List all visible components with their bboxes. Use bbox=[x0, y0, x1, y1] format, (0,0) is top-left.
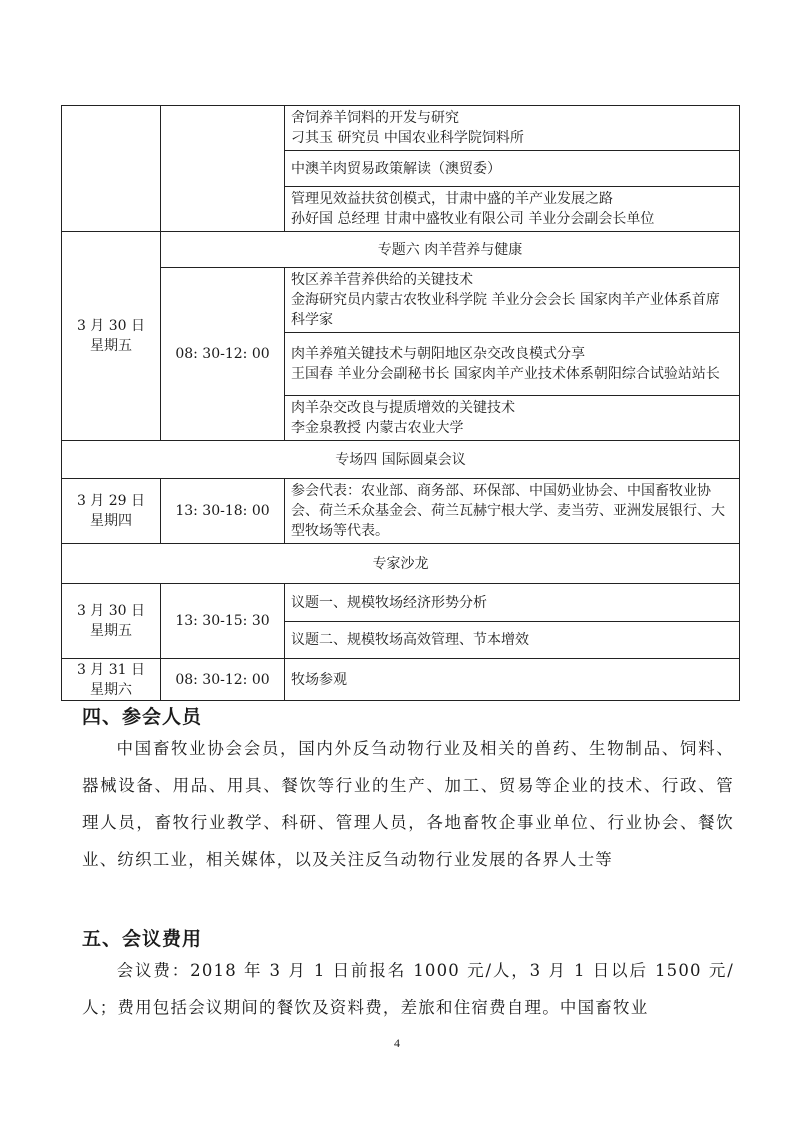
table-row: 专家沙龙 bbox=[62, 544, 740, 584]
agenda-item: 管理见效益扶贫创模式，甘肃中盛的羊产业发展之路 孙好国 总经理 甘肃中盛牧业有限… bbox=[285, 187, 740, 232]
table-row: 3 月 29 日 星期四 13: 30-18: 00 参会代表：农业部、商务部、… bbox=[62, 479, 740, 544]
table-row: 3 月 30 日 星期五 13: 30-15: 30 议题一、规模牧场经济形势分… bbox=[62, 584, 740, 622]
date-cell bbox=[62, 106, 161, 232]
agenda-speaker: 孙好国 总经理 甘肃中盛牧业有限公司 羊业分会副会长单位 bbox=[291, 209, 733, 229]
section-heading-attendees: 四、参会人员 bbox=[82, 702, 202, 729]
date: 3 月 30 日 bbox=[68, 316, 154, 336]
weekday: 星期五 bbox=[68, 621, 154, 641]
agenda-item: 议题二、规模牧场高效管理、节本增效 bbox=[285, 622, 740, 659]
date: 3 月 29 日 bbox=[68, 491, 154, 511]
agenda-item: 参会代表：农业部、商务部、环保部、中国奶业协会、中国畜牧业协会、荷兰禾众基金会、… bbox=[285, 479, 740, 544]
agenda-speaker: 金海研究员内蒙古农牧业科学院 羊业分会会长 国家肉羊产业体系首席科学家 bbox=[291, 290, 733, 330]
agenda-item: 舍饲养羊饲料的开发与研究 刁其玉 研究员 中国农业科学院饲料所 bbox=[285, 106, 740, 151]
table-row: 舍饲养羊饲料的开发与研究 刁其玉 研究员 中国农业科学院饲料所 bbox=[62, 106, 740, 151]
table-row: 专场四 国际圆桌会议 bbox=[62, 441, 740, 479]
agenda-item: 议题一、规模牧场经济形势分析 bbox=[285, 584, 740, 622]
agenda-item: 肉羊养殖关键技术与朝阳地区杂交改良模式分享 王国春 羊业分会副秘书长 国家肉羊产… bbox=[285, 333, 740, 396]
date-cell: 3 月 31 日 星期六 bbox=[62, 659, 161, 701]
agenda-item: 牧区养羊营养供给的关键技术 金海研究员内蒙古农牧业科学院 羊业分会会长 国家肉羊… bbox=[285, 268, 740, 333]
agenda-title: 管理见效益扶贫创模式，甘肃中盛的羊产业发展之路 bbox=[291, 189, 733, 209]
session-header: 专场四 国际圆桌会议 bbox=[62, 441, 740, 479]
time-cell: 13: 30-18: 00 bbox=[161, 479, 285, 544]
attendees-text: 中国畜牧业协会会员，国内外反刍动物行业及相关的兽药、生物制品、饲料、器械设备、用… bbox=[82, 739, 734, 869]
date-cell: 3 月 30 日 星期五 bbox=[62, 232, 161, 441]
attendees-paragraph: 中国畜牧业协会会员，国内外反刍动物行业及相关的兽药、生物制品、饲料、器械设备、用… bbox=[82, 730, 734, 878]
date-cell: 3 月 30 日 星期五 bbox=[62, 584, 161, 659]
date: 3 月 30 日 bbox=[68, 601, 154, 621]
agenda-title: 中澳羊肉贸易政策解读（澳贸委） bbox=[291, 159, 733, 179]
agenda-item: 牧场参观 bbox=[285, 659, 740, 701]
agenda-speaker: 刁其玉 研究员 中国农业科学院饲料所 bbox=[291, 128, 733, 148]
fees-text: 会议费：2018 年 3 月 1 日前报名 1000 元/人，3 月 1 日以后… bbox=[82, 961, 734, 1017]
agenda-title: 肉羊杂交改良与提质增效的关键技术 bbox=[291, 398, 733, 418]
table-row: 3 月 30 日 星期五 专题六 肉羊营养与健康 bbox=[62, 232, 740, 268]
fees-paragraph: 会议费：2018 年 3 月 1 日前报名 1000 元/人，3 月 1 日以后… bbox=[82, 952, 734, 1026]
agenda-title: 牧区养羊营养供给的关键技术 bbox=[291, 270, 733, 290]
table-row: 08: 30-12: 00 牧区养羊营养供给的关键技术 金海研究员内蒙古农牧业科… bbox=[62, 268, 740, 333]
time-cell bbox=[161, 106, 285, 232]
topic-header: 专题六 肉羊营养与健康 bbox=[161, 232, 740, 268]
date: 3 月 31 日 bbox=[68, 660, 154, 680]
table-row: 3 月 31 日 星期六 08: 30-12: 00 牧场参观 bbox=[62, 659, 740, 701]
agenda-title: 肉羊养殖关键技术与朝阳地区杂交改良模式分享 bbox=[291, 344, 733, 364]
weekday: 星期五 bbox=[68, 336, 154, 356]
time-cell: 08: 30-12: 00 bbox=[161, 659, 285, 701]
time-cell: 08: 30-12: 00 bbox=[161, 268, 285, 441]
weekday: 星期四 bbox=[68, 511, 154, 531]
agenda-item: 中澳羊肉贸易政策解读（澳贸委） bbox=[285, 151, 740, 187]
salon-header: 专家沙龙 bbox=[62, 544, 740, 584]
agenda-speaker: 李金泉教授 内蒙古农业大学 bbox=[291, 418, 733, 438]
page-number: 4 bbox=[394, 1036, 400, 1051]
weekday: 星期六 bbox=[68, 680, 154, 700]
time-cell: 13: 30-15: 30 bbox=[161, 584, 285, 659]
schedule-table: 舍饲养羊饲料的开发与研究 刁其玉 研究员 中国农业科学院饲料所 中澳羊肉贸易政策… bbox=[61, 105, 740, 701]
agenda-speaker: 王国春 羊业分会副秘书长 国家肉羊产业技术体系朝阳综合试验站站长 bbox=[291, 364, 733, 384]
date-cell: 3 月 29 日 星期四 bbox=[62, 479, 161, 544]
agenda-title: 舍饲养羊饲料的开发与研究 bbox=[291, 108, 733, 128]
agenda-item: 肉羊杂交改良与提质增效的关键技术 李金泉教授 内蒙古农业大学 bbox=[285, 396, 740, 441]
section-heading-fees: 五、会议费用 bbox=[82, 924, 202, 951]
